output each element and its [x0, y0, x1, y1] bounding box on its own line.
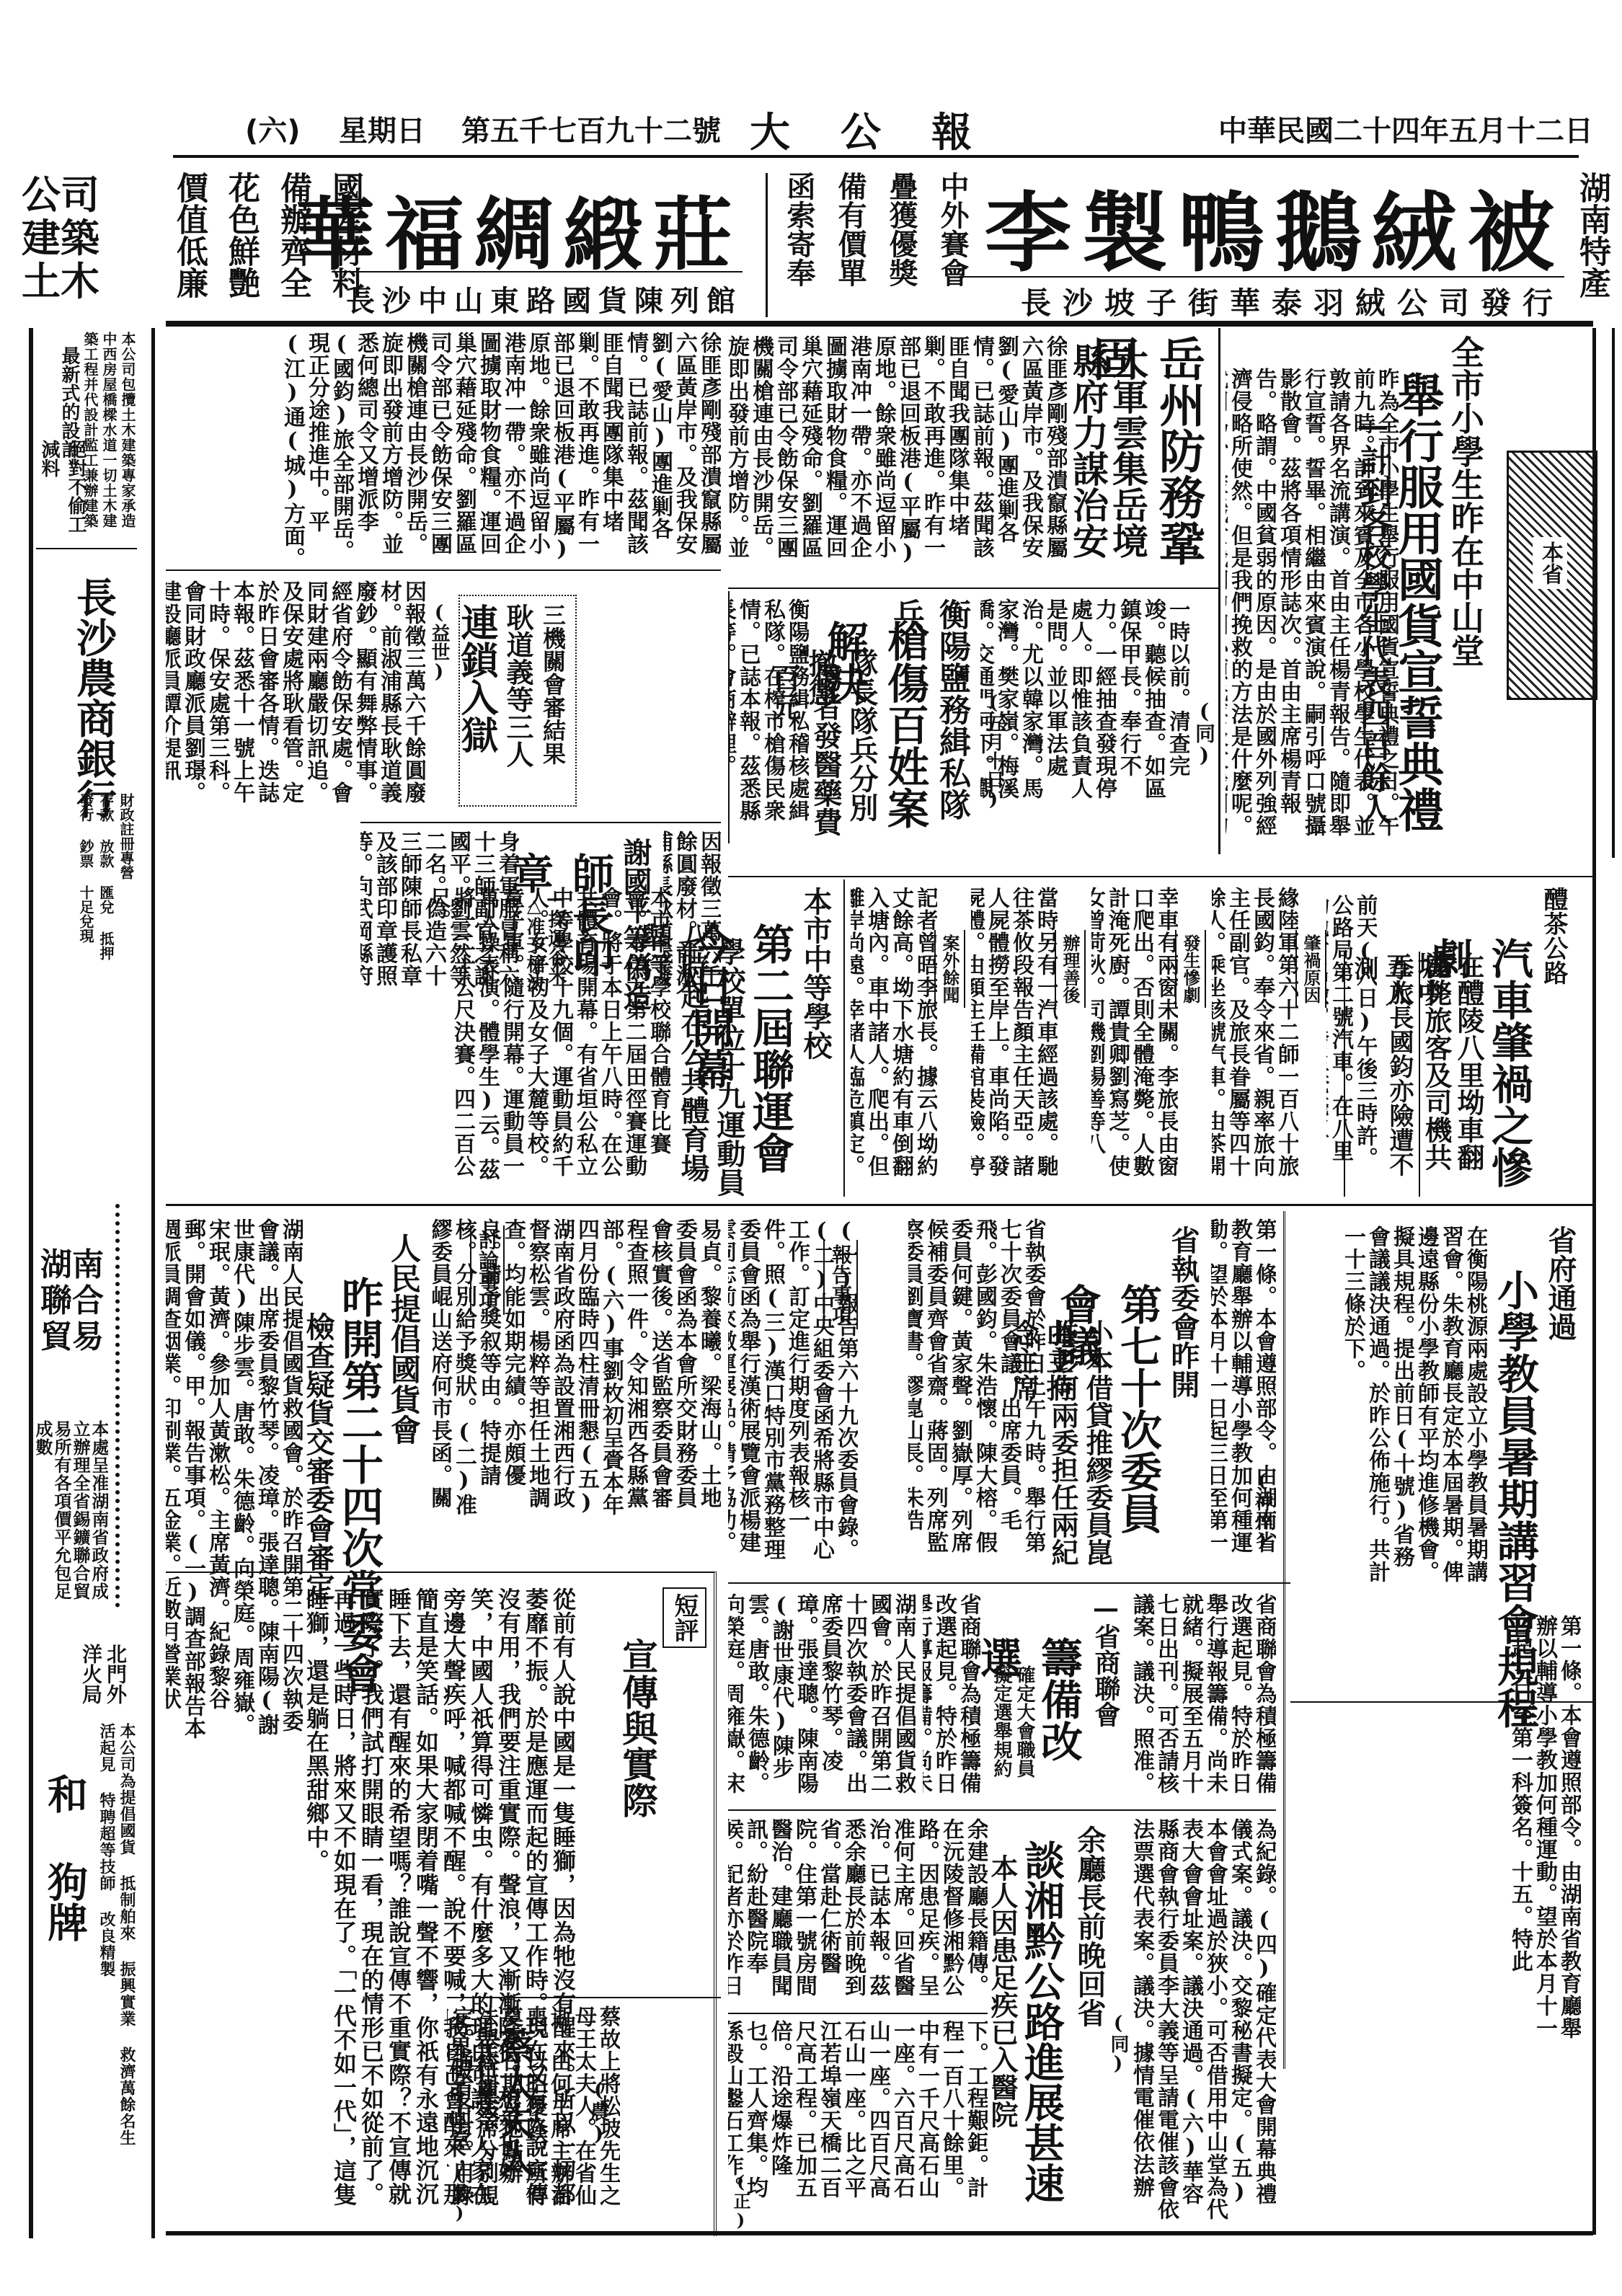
article-tag: (國) [447, 2164, 472, 2223]
ad-divider [959, 276, 1564, 278]
ad-factory-name: 洋火局 [76, 1644, 105, 1704]
section-body: 記者曾晤李旅長。據云八坳約丈餘高。坳下水塘約有車倒翻入塘內。車中諸人。爬出。但離… [851, 887, 937, 1189]
ad-note: 函索寄奉 [779, 172, 820, 287]
article-subhead: 擬定選舉規約 [988, 1665, 1015, 1778]
ad-left-edge-construction: 公司 建築 土木 [22, 173, 151, 317]
section: 辦理善後 當時另有一汽車經過該處。馳往茶攸段報告顏主任天亞。諸人屍體撈至岸上。車… [971, 887, 1086, 1189]
right-border [1592, 328, 1596, 2235]
article-yueyang-census: 一時以前。清查完竣。聽候抽查。如區鎮保甲長。奉行不力。一經抽查發現停處人。即惟該… [980, 591, 1218, 843]
ad-bank-service: 財政註冊專營 [116, 793, 137, 879]
section: 發生慘劇 幸車有兩窗未關。李旅長由窗口爬出。否則全體淹斃。人數計淹死廚。譚貴卿劉… [1091, 887, 1206, 1189]
masthead-rule [173, 155, 1579, 158]
article-subhead: 檢查疑貨交審委會審定 [298, 1312, 339, 1600]
ad-note: 花色鮮艷 [218, 172, 264, 298]
article-kicker: 余廳長前晚回省 [1069, 1825, 1110, 2027]
ad-down-quilt: 湖南特產 李製鴨鵝絨被 長沙坡子街華泰羽絨公司發行 中外賽會 疊獲優獎 備有價單… [764, 164, 1615, 319]
article-subhead: 確定大會職員 [1011, 1665, 1038, 1778]
article-student-oath: 本省 全市小學生昨在中山堂 舉行服用國貨宣誓典禮 —計到各校學生代表四百餘人 昨… [1226, 328, 1615, 858]
ad-bank-service: 發行 鈔票 十足兌現 [76, 793, 97, 943]
ad-silk-shop: 華福綢緞莊 長沙中山東路國貨陳列館 國產材料 備辦齊全 花色鮮艷 價值低廉 [166, 164, 757, 319]
ad-note: 備有價單 [830, 172, 871, 287]
article-body: 一時以前。清查完竣。聽候抽查。如區鎮保甲長。奉行不力。一經抽查發現停處人。即惟該… [980, 598, 1189, 815]
ad-notes: 國產材料 備辦齊全 花色鮮艷 價值低廉 [166, 172, 368, 298]
article-sections: 肇禍原因 緣陸軍第六十二師一百八十旅長國鈞。奉令來省。親率旅向主任副官。及旅長眷… [851, 887, 1326, 1189]
article-kicker: 省府通過 [1540, 1225, 1581, 1341]
section-label-local: 本省 [1533, 537, 1567, 589]
section-label: 發生慘劇 [1175, 930, 1206, 1008]
article-standing-committee: 第一條。本會遵照部令。由湖南省教育廳舉辦以輔導小學教加何種運動。望於本月十一日起… [908, 1211, 1276, 1572]
article-rules: 第一條。本會遵照部令。由湖南省教育廳舉辦以輔導小學教加何種運動。望於本月十一日起… [1293, 1615, 1581, 2047]
ad-text: 本公司為提倡國貨 抵制舶來 振興實業 救濟萬餘名生活起見 特聘超等技師 改良精製 [87, 1723, 137, 2155]
row-rule [166, 1204, 1593, 1206]
article-changsha-public-order: 徐匪彥剛殘部潰竄縣屬六區黃岸市。及我保安劉(愛山)團進剿各情。已誌前報。茲聞該匪… [166, 332, 721, 571]
ad-brand: 李製鴨鵝絨被 [985, 164, 1564, 288]
article-reps-congress: 湖南人民提倡國貨救國會。於昨召開第二十四次執委會議。出席委員黎竹琴。凌璋。張達聰… [728, 1586, 916, 1802]
masthead-paper-name: 大公報 [750, 101, 1022, 159]
article-body-cont: 下。工程艱鉅。計程一百八十餘里。中有一千尺高石山一座。六百尺高石山一座。四百尺高… [728, 2020, 988, 2215]
masthead-weekday: 星期日 [339, 108, 425, 149]
section-label: 辦理善後 [1055, 930, 1086, 1008]
article-subhead: 本人因患足疾已入醫院 [983, 1854, 1022, 2128]
paper-char: 大 [750, 110, 841, 156]
discussion-label: 討論事項 [470, 1225, 505, 1315]
paper-char: 報 [931, 110, 1022, 156]
row-rule [728, 876, 1593, 877]
reports-body: (一)報告第六十九次委員會錄。(二)中央組委會函希將縣市中心工作。訂定進行期度列… [728, 1218, 858, 1564]
ad-location: 北門外 [101, 1644, 130, 1704]
ad-bank-name: 長沙農商銀行 [65, 577, 123, 819]
ad-note: 備辦齊全 [270, 172, 316, 298]
ad-slogan: 絕對不偷工減料 [36, 440, 89, 548]
article-kicker: 本市中等學校 [795, 887, 836, 1060]
article-cai-memorial: 各界假中山堂 舉行奠祭 蔡太夫人 蔡故上將松坡先生之母王太夫人。在省仙逝。由何主… [447, 1997, 721, 2229]
ad-note: 國產材料 [322, 172, 368, 298]
article-body: 湖南人民提倡國貨救國會。於昨召開第二十四次執委會議。出席委員黎竹琴。凌璋。張達聰… [728, 1593, 916, 1795]
article-body: 前天(八日)午後三時許。公路局第二號汽車。在八里坳地方出險。發生淹斃五命。茲將經… [1326, 894, 1377, 1182]
ad-notes: 中外賽會 疊獲優獎 備有價單 函索寄奉 [779, 172, 973, 287]
article-body-left: 省商聯會為積極籌備改選起見。特於昨日舉行導報籌備。尚未就緒。擬展至五月十七日出刊… [923, 1593, 980, 1795]
ad-note: 價值低廉 [166, 172, 212, 298]
article-tag: (益世) [426, 602, 453, 683]
article-subhead: 縣府力謀治安 [1062, 342, 1114, 559]
section-label: 案外餘聞 [934, 930, 965, 1008]
article-headline: 連鎖入獄 [449, 603, 503, 753]
ads-bottom-rule [166, 321, 1593, 327]
article-tag: (同) [1189, 699, 1218, 767]
article-body-right: 為紀錄。(四)確定代表大會開幕典禮儀式案。議決。交黎秘書擬定。(五)本會會址過於… [1132, 1818, 1276, 2222]
article-body: 昨為全市小學生舉行服用國貨宣誓典禮之日。午前九時。計到來賓及全市各小學校學生代表… [1226, 368, 1399, 843]
ad-bank-service: 存款 放款 匯兌 抵押 [96, 793, 117, 960]
article-geng-daoyi: 三機關會審結果 耿道義等三人 連鎖入獄 (益世) 因報徵三萬六千餘圓廢材。前淑浦… [166, 573, 721, 818]
ad-trade-name: 湖南聯合貿易 [40, 1247, 112, 1355]
article-yuezhou: 岳州防務鞏固 大軍雲集岳境 縣府力謀治安 徐匪彥剛殘部潰竄縣屬六區黃岸市。及我保… [728, 328, 1218, 589]
column-rule [1218, 328, 1220, 854]
headline-box: 三機關會審結果 耿道義等三人 連鎖入獄 [458, 595, 577, 807]
left-ads-rule [151, 328, 155, 2238]
ad-address: 長沙中山東路國貨陳列館 [346, 278, 743, 319]
masthead-date: 中華民國二十四年五月十二日 [1218, 108, 1593, 149]
paper-char: 公 [841, 110, 931, 156]
article-summer-school: 省府通過 小學教員暑期講習會規程 在衡陽桃源兩處設立小學教員暑期講習會。朱教育廳… [1283, 1211, 1588, 2069]
page-bottom-rule [166, 2231, 1593, 2235]
masthead-issue: 第五千七百九十二號 [461, 108, 721, 149]
article-kicker: 省執委會昨開 [1163, 1225, 1204, 1399]
article-kicker: —省商聯會 [1088, 1593, 1125, 1727]
section-body: 當時另有一汽車經過該處。馳往茶攸段報告顏主任天亞。諸人屍體撈至岸上。車尚陷。發屍… [971, 887, 1058, 1189]
ad-divider [332, 271, 743, 272]
article-body: 省執委會於昨日上午九時。舉行第七十次委員會議。出席委員。毛飛。彭國鈞。朱浩懷。陳… [908, 1218, 1045, 1564]
article-body: 本市中等學校聯合體育比賽會。本年之第二屆田徑賽運動會。將于本日上午八時。在公共體… [166, 887, 670, 1189]
ad-trade-union: 湖南聯合貿易 本處呈准湖南省政府成立辦理全省錫鑛聯合貿易所有各項價平允包足成數 [36, 1204, 120, 1608]
row-rule [728, 1582, 1290, 1584]
article-date: (五月十日) [980, 692, 1007, 810]
ad-maker: 長沙坡子街華泰羽絨公司發行 [1021, 280, 1564, 323]
article-headline: 耿道義等三人 [498, 603, 538, 768]
section-body: 幸車有兩窗未關。李旅長由窗口爬出。否則全體淹斃。人數計淹死廚。譚貴卿劉寫芝。使女… [1091, 887, 1178, 1189]
section: 案外餘聞 記者曾晤李旅長。據云八坳約丈餘高。坳下水塘約有車倒翻入塘內。車中諸人。… [851, 887, 965, 1189]
ad-bank: 長沙農商銀行 財政註冊專營 存款 放款 匯兌 抵押 發行 鈔票 十足兌現 [36, 562, 137, 1081]
ad-note: 疊獲優獎 [881, 172, 922, 287]
ad-trade-text: 本處呈准湖南省政府成立辦理全省錫鑛聯合貿易所有各項價平允包足成數 [36, 1420, 108, 1600]
section: 肇禍原因 緣陸軍第六十二師一百八十旅長國鈞。奉令來省。親率旅向主任副官。及旅長眷… [1212, 887, 1326, 1189]
left-column-rule [29, 328, 33, 2238]
ad-construction: 本公司包攬土木建築專家承造中西房屋橋樑水道一切土木建築工程并代設計監工兼辦建築材… [36, 332, 137, 549]
article-car-accident: 醴茶公路 汽車肇禍之慘劇 在醴陵八里坳車翻塘中 淹斃旅客及司機共五人 李旅長國鈞… [851, 879, 1586, 1197]
article-headline: 宣傳與實際 [611, 1638, 663, 1818]
ad-note: 中外賽會 [932, 172, 973, 287]
article-tag: (正) [728, 2171, 753, 2230]
ad-separator [766, 173, 768, 317]
article-body: 蔡故上將松坡先生之母王太夫人。在省仙逝。由何主席主辦治喪。以昭優隆。所有奠祭日期… [447, 2005, 620, 2222]
article-body: 余建設廳長籍傳。在沅陵督修湘黔公路。因患足疾。呈准何主席。回省醫治。已誌本報。茲… [728, 1818, 988, 2014]
article-body: 因報徵三萬六千餘圓廢材。前淑浦縣長耿道義廢鈔。顯有舞弊情事。經省府令飭保安處。會… [166, 580, 425, 811]
article-xiangqian-road: 為紀錄。(四)確定代表大會開幕典禮儀式案。議決。交黎秘書擬定。(五)本會會址過於… [728, 1809, 1276, 2229]
article-tag: (神州) [1249, 1471, 1276, 1551]
ad-match-factory: 北門外 洋火局 和 狗牌 本公司為提倡國貨 抵制舶來 振興實業 救濟萬餘名生活起… [36, 1629, 137, 2220]
ad-tag: 湖南特產 [1569, 172, 1615, 298]
article-kicker: 醴茶公路 [1536, 887, 1572, 985]
article-body: 衡陽鹽務緝私稽核處緝私隊。在榨市槍傷民衆情。已誌本報。茲悉縣長等。會商辦理。 [730, 598, 809, 836]
ad-brand: 和 狗牌 [36, 1773, 94, 1942]
article-chamber-commerce: 省商聯會為積極籌備改選起見。特於昨日舉行導報籌備。尚未就緒。擬展至五月十七日出刊… [923, 1586, 1276, 1802]
article-headline: 三機關會審結果 [536, 603, 570, 765]
article-body: 在衡陽桃源兩處設立小學教員暑期講習會。朱教育廳長定於本屆暑期。俾邊遠縣份小學教師… [1293, 1225, 1487, 1586]
article-committee-reports: 報告事項 (一)報告第六十九次委員會錄。(二)中央組委會函希將縣市中心工作。訂定… [728, 1211, 901, 1572]
row-rule [1290, 1701, 1593, 1703]
article-body: 省商聯會為積極籌備改選起見。特於昨日舉行導報籌備。尚未就緒。擬展至五月十七日出刊… [1132, 1593, 1276, 1795]
column-label-short-comment: 短評 [662, 1587, 706, 1648]
article-hengyang: 衡陽鹽務緝私隊兵 槍傷百姓案解決 隊長隊兵分別撤懲 傷者發醫藥費百元 衡陽鹽務緝… [728, 591, 975, 843]
article-body: 徐匪彥剛殘部潰竄縣屬六區黃岸市。及我保安劉(愛山)團進剿各情。已誌前報。茲聞該匪… [728, 335, 1067, 577]
section-body: 緣陸軍第六十二師一百八十旅長國鈞。奉令來省。親率旅向主任副官。及旅長眷屬等四十餘… [1212, 887, 1298, 1189]
article-sports-meet: 本市中等學校 第二屆聯運會今日開幕 學校單位十九運動員千人 八時起在公共體育場舉… [166, 879, 845, 1197]
masthead-page-number: (六) [245, 108, 301, 149]
section-label: 肇禍原因 [1295, 930, 1326, 1008]
